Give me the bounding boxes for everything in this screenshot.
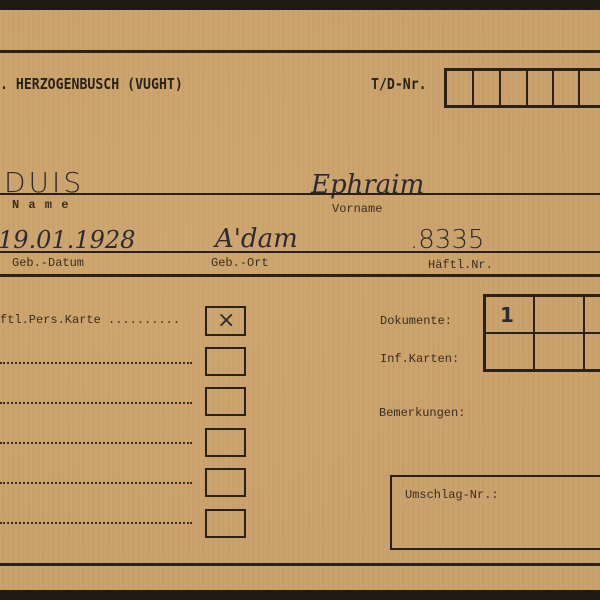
birthplace-value: A'dam [215, 224, 298, 254]
checklist-dotted-line [0, 398, 192, 404]
name-rule [0, 193, 600, 195]
td-nr-field[interactable] [444, 68, 600, 108]
td-cell [474, 71, 501, 105]
checklist-checkbox[interactable] [205, 387, 246, 416]
grid-cell[interactable] [585, 297, 600, 334]
checklist-dotted-line [0, 358, 192, 364]
birthplace-label: Geb.-Ort [211, 256, 269, 270]
td-nr-label: T/D-Nr. [371, 75, 427, 93]
dokumente-label: Dokumente: [380, 314, 452, 328]
vorname-label: Vorname [332, 202, 382, 216]
checklist-dotted-line [0, 478, 192, 484]
prisoner-number-label: Häftl.Nr. [428, 258, 493, 272]
birthdate-label: Geb.-Datum [12, 256, 84, 270]
grid-cell[interactable] [535, 297, 585, 334]
grid-cell[interactable] [535, 334, 585, 369]
top-rule [0, 50, 600, 53]
checklist-checkbox[interactable] [205, 428, 246, 457]
name-label: N a m e [12, 198, 69, 212]
infkarten-label: Inf.Karten: [380, 352, 459, 366]
td-cell [528, 71, 554, 105]
checklist-dotted-line [0, 518, 192, 524]
td-cell [554, 71, 580, 105]
td-cell [501, 71, 528, 105]
section-rule [0, 274, 600, 277]
x-mark-icon: × [217, 308, 235, 334]
checklist-item-label: ftl.Pers.Karte .......... [0, 313, 180, 327]
bemerkungen-label: Bemerkungen: [379, 406, 465, 420]
checklist-dotted-line [0, 438, 192, 444]
umschlag-label: Umschlag-Nr.: [405, 488, 499, 502]
grid-cell[interactable] [585, 334, 600, 369]
camp-title: . HERZOGENBUSCH (VUGHT) [0, 75, 183, 93]
birth-rule [0, 251, 600, 253]
td-cell [447, 71, 474, 105]
records-grid: 1 [483, 294, 600, 372]
dokumente-count: 1 [500, 303, 514, 327]
grid-cell[interactable]: 1 [486, 297, 535, 334]
checklist-checkbox[interactable] [205, 509, 246, 538]
td-cell [580, 71, 600, 105]
bottom-rule [0, 563, 600, 566]
grid-cell[interactable] [486, 334, 535, 369]
birthdate-value: 19.01.1928 [0, 226, 135, 254]
checklist-checkbox[interactable] [205, 468, 246, 497]
umschlag-field[interactable]: Umschlag-Nr.: [390, 475, 600, 550]
vorname-value: Ephraim [311, 170, 424, 200]
checklist-checkbox[interactable]: × [205, 306, 246, 336]
checklist-checkbox[interactable] [205, 347, 246, 376]
index-card: . HERZOGENBUSCH (VUGHT) T/D-Nr. DUIS Eph… [0, 10, 600, 590]
